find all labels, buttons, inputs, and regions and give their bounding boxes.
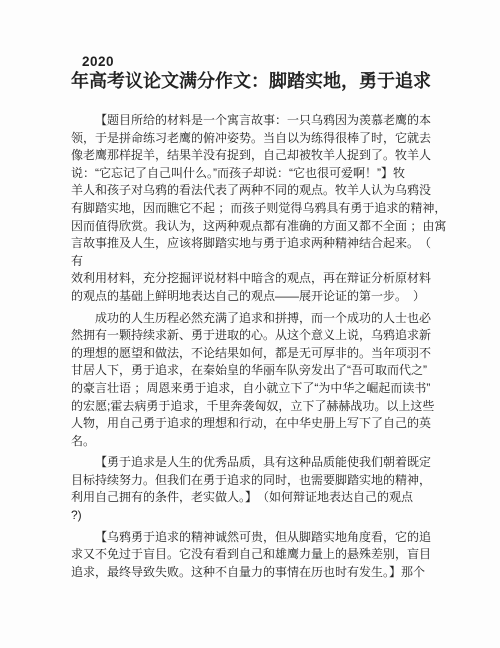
text-line: 然拥有一颗持续求新、勇于进取的心。从这个意义上说，乌鸦追求新 xyxy=(71,327,437,345)
text-line: 利用自己拥有的条件，老实做人。】 （如何辩证地表达自己的观点 xyxy=(71,489,437,507)
text-line: 说：“它忘记了自己叫什么。”而孩子却说：“它也很可爱啊！”】牧 xyxy=(71,165,437,183)
text-line: 【乌鸦勇于追求的精神诚然可贵，但从脚踏实地角度看，它的追 xyxy=(71,529,437,547)
paragraph: 成功的人生历程必然充满了追求和拼搏，而一个成功的人士也必然拥有一颗持续求新、勇于… xyxy=(71,310,437,451)
text-line: 的宏愿;霍去病勇于追求，千里奔袭匈奴，立下了赫赫战功。以上这些 xyxy=(71,398,437,416)
text-line: 羊人和孩子对乌鸦的看法代表了两种不同的观点。牧羊人认为乌鸦没 xyxy=(71,182,437,200)
text-line: 目标持续努力。但我们在勇于追求的同时，也需要脚踏实地的精神， xyxy=(71,472,437,490)
text-line: 的豪言壮语 ；周恩来勇于追求，自小就立下了“为中华之崛起而读书” xyxy=(71,380,437,398)
text-line: ?) xyxy=(71,507,437,525)
text-line: 【勇于追求是人生的优秀品质，具有这种品质能使我们朝着既定 xyxy=(71,454,437,472)
document: 2020 年高考议论文满分作文：脚踏实地，勇于追求 【题目所给的材料是一个寓言故… xyxy=(71,55,437,585)
text-line: 的观点的基础上鲜明地表达自己的观点——展开论证的第一步。 ） xyxy=(71,288,437,306)
document-page: 2020 年高考议论文满分作文：脚踏实地，勇于追求 【题目所给的材料是一个寓言故… xyxy=(0,0,500,648)
text-line: 效利用材料，充分挖掘评说材料中暗含的观点，再在辩证分析原材料 xyxy=(71,270,437,288)
text-line: 言故事推及人生，应该将脚踏实地与勇于追求两种精神结合起来。 （ xyxy=(71,235,437,253)
text-line: 成功的人生历程必然充满了追求和拼搏，而一个成功的人士也必 xyxy=(71,310,437,328)
document-year: 2020 xyxy=(82,55,437,69)
paragraph: 【题目所给的材料是一个寓言故事：一只乌鸦因为羡慕老鹰的本领，于是拼命练习老鹰的俯… xyxy=(71,112,437,306)
text-line: 像老鹰那样捉羊，结果羊没有捉到，自己却被牧羊人捉到了。牧羊人 xyxy=(71,147,437,165)
document-body: 【题目所给的材料是一个寓言故事：一只乌鸦因为羡慕老鹰的本领，于是拼命练习老鹰的俯… xyxy=(71,112,437,581)
text-line: 名。 xyxy=(71,433,437,451)
text-line: 追求，最终导致失败。这种不自量力的事情在历也时有发生。】那个 xyxy=(71,564,437,582)
text-line: 【题目所给的材料是一个寓言故事：一只乌鸦因为羡慕老鹰的本 xyxy=(71,112,437,130)
text-line: 领，于是拼命练习老鹰的俯冲姿势。当自以为练得很棒了时，它就去 xyxy=(71,130,437,148)
paragraph: 【勇于追求是人生的优秀品质，具有这种品质能使我们朝着既定目标持续努力。但我们在勇… xyxy=(71,454,437,524)
text-line: 人物，用自己勇于追求的理想和行动，在中华史册上写下了自己的英 xyxy=(71,415,437,433)
paragraph: 【乌鸦勇于追求的精神诚然可贵，但从脚踏实地角度看，它的追求又不免过于盲目。它没有… xyxy=(71,529,437,582)
text-line: 有脚踏实地，因而瞧它不起 ；而孩子则觉得乌鸦具有勇于追求的精神， xyxy=(71,200,437,218)
document-title: 年高考议论文满分作文：脚踏实地，勇于追求 xyxy=(71,71,437,92)
text-line: 有 xyxy=(71,253,437,271)
text-line: 甘居人下，勇于追求，在秦始皇的华丽车队旁发出了“吾可取而代之” xyxy=(71,362,437,380)
text-line: 求又不免过于盲目。它没有看到自己和雄鹰力量上的悬殊差别，盲目 xyxy=(71,546,437,564)
text-line: 的理想的愿望和做法，不论结果如何，都是无可厚非的。当年项羽不 xyxy=(71,345,437,363)
text-line: 因而值得欣赏。我认为，这两种观点都有准确的方面又都不全面 ；由寓 xyxy=(71,218,437,236)
